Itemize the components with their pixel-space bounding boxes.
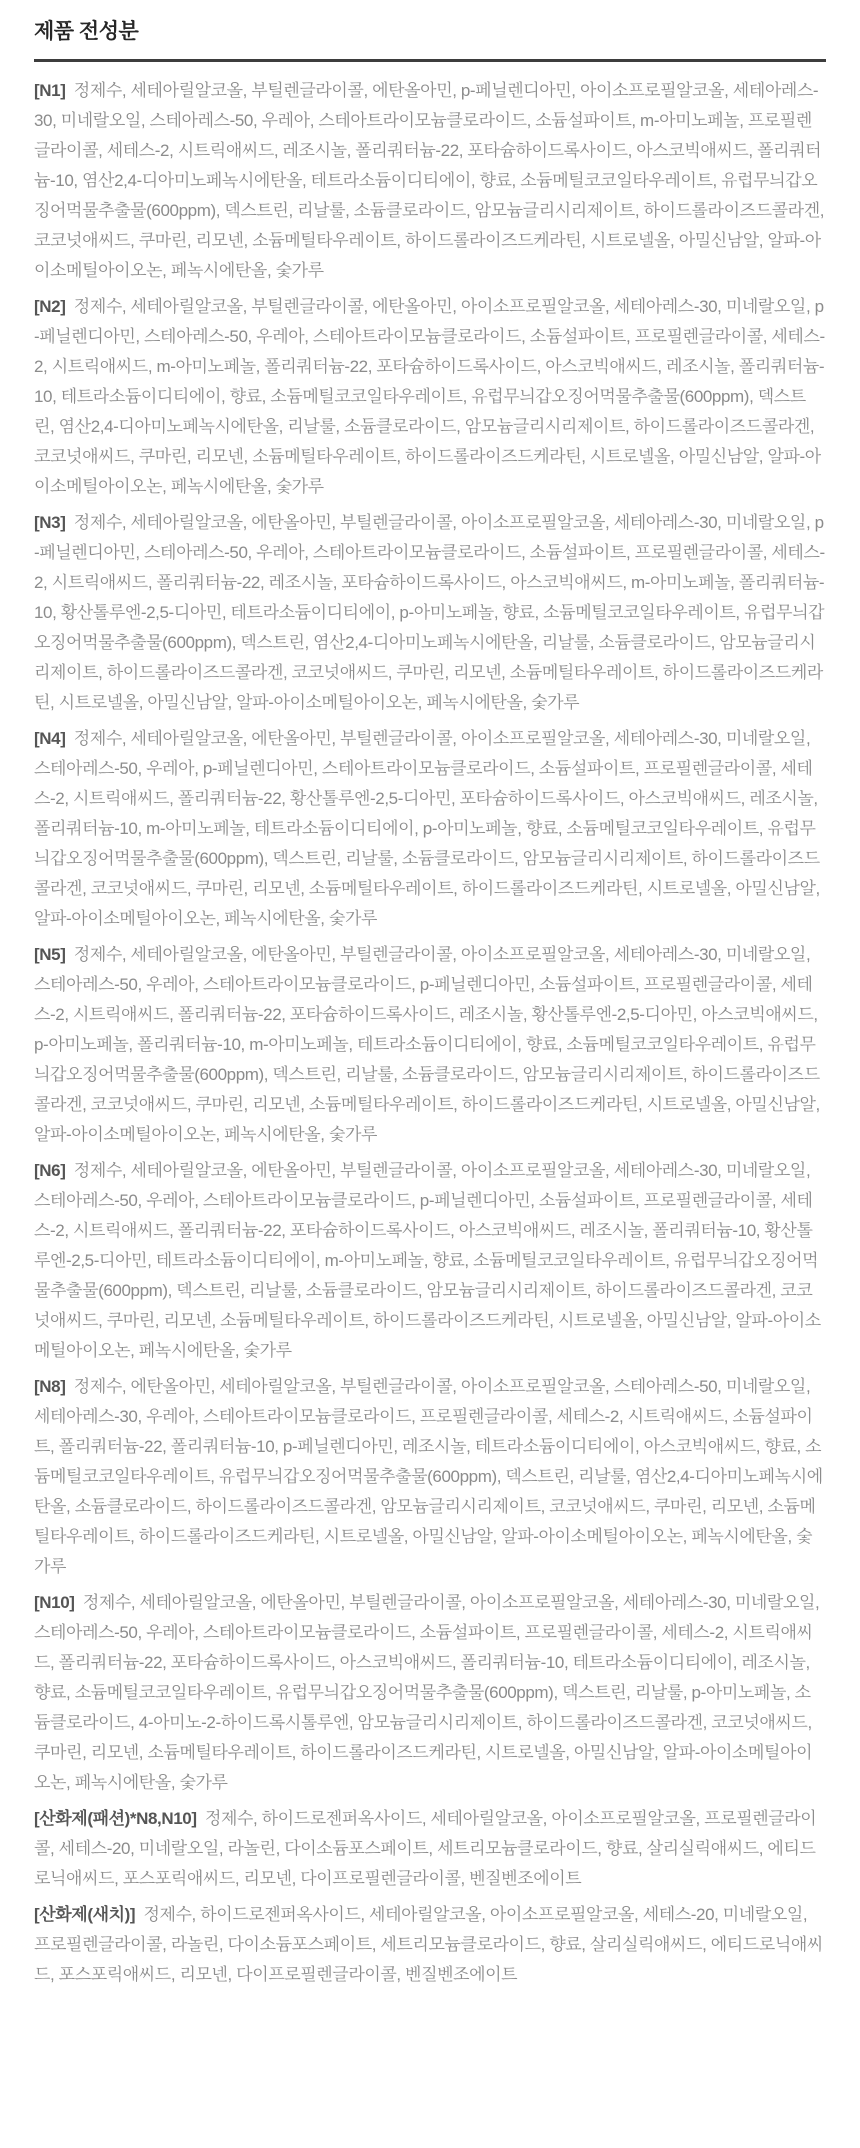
section-label: [N1] [34, 81, 65, 100]
ingredients-page: 제품 전성분 [N1] 정제수, 세테아릴알코올, 부틸렌글라이콜, 에탄올아민… [0, 0, 860, 2148]
section-label: [N8] [34, 1377, 65, 1396]
section-label: [산화제(새치)] [34, 1905, 135, 1924]
section-label: [N2] [34, 297, 65, 316]
ingredient-section: [N3] 정제수, 세테아릴알코올, 에탄올아민, 부틸렌글라이콜, 아이소프로… [34, 508, 826, 718]
section-label: [N6] [34, 1161, 65, 1180]
ingredient-section: [N2] 정제수, 세테아릴알코올, 부틸렌글라이콜, 에탄올아민, 아이소프로… [34, 292, 826, 502]
section-label: [N4] [34, 729, 65, 748]
ingredient-section: [N6] 정제수, 세테아릴알코올, 에탄올아민, 부틸렌글라이콜, 아이소프로… [34, 1156, 826, 1366]
section-ingredients-text: 정제수, 세테아릴알코올, 에탄올아민, 부틸렌글라이콜, 아이소프로필알코올,… [34, 1593, 819, 1792]
ingredient-section: [N10] 정제수, 세테아릴알코올, 에탄올아민, 부틸렌글라이콜, 아이소프… [34, 1588, 826, 1798]
ingredient-sections: [N1] 정제수, 세테아릴알코올, 부틸렌글라이콜, 에탄올아민, p-페닐렌… [34, 76, 826, 1990]
page-title: 제품 전성분 [34, 18, 826, 45]
ingredient-section: [산화제(새치)] 정제수, 하이드로젠퍼옥사이드, 세테아릴알코올, 아이소프… [34, 1900, 826, 1990]
section-ingredients-text: 정제수, 세테아릴알코올, 에탄올아민, 부틸렌글라이콜, 아이소프로필알코올,… [34, 729, 820, 928]
ingredient-section: [N1] 정제수, 세테아릴알코올, 부틸렌글라이콜, 에탄올아민, p-페닐렌… [34, 76, 826, 286]
title-divider [34, 59, 826, 62]
section-ingredients-text: 정제수, 세테아릴알코올, 에탄올아민, 부틸렌글라이콜, 아이소프로필알코올,… [34, 1161, 821, 1360]
section-ingredients-text: 정제수, 세테아릴알코올, 에탄올아민, 부틸렌글라이콜, 아이소프로필알코올,… [34, 513, 825, 712]
ingredient-section: [산화제(패션)*N8,N10] 정제수, 하이드로젠퍼옥사이드, 세테아릴알코… [34, 1804, 826, 1894]
section-ingredients-text: 정제수, 하이드로젠퍼옥사이드, 세테아릴알코올, 아이소프로필알코올, 세테스… [34, 1905, 823, 1984]
section-ingredients-text: 정제수, 세테아릴알코올, 부틸렌글라이콜, 에탄올아민, p-페닐렌디아민, … [34, 81, 824, 280]
section-label: [산화제(패션)*N8,N10] [34, 1809, 197, 1828]
section-ingredients-text: 정제수, 세테아릴알코올, 에탄올아민, 부틸렌글라이콜, 아이소프로필알코올,… [34, 945, 820, 1144]
section-ingredients-text: 정제수, 세테아릴알코올, 부틸렌글라이콜, 에탄올아민, 아이소프로필알코올,… [34, 297, 825, 496]
section-ingredients-text: 정제수, 에탄올아민, 세테아릴알코올, 부틸렌글라이콜, 아이소프로필알코올,… [34, 1377, 823, 1576]
section-label: [N3] [34, 513, 65, 532]
ingredient-section: [N5] 정제수, 세테아릴알코올, 에탄올아민, 부틸렌글라이콜, 아이소프로… [34, 940, 826, 1150]
ingredient-section: [N8] 정제수, 에탄올아민, 세테아릴알코올, 부틸렌글라이콜, 아이소프로… [34, 1372, 826, 1582]
section-label: [N5] [34, 945, 65, 964]
ingredient-section: [N4] 정제수, 세테아릴알코올, 에탄올아민, 부틸렌글라이콜, 아이소프로… [34, 724, 826, 934]
section-label: [N10] [34, 1593, 75, 1612]
